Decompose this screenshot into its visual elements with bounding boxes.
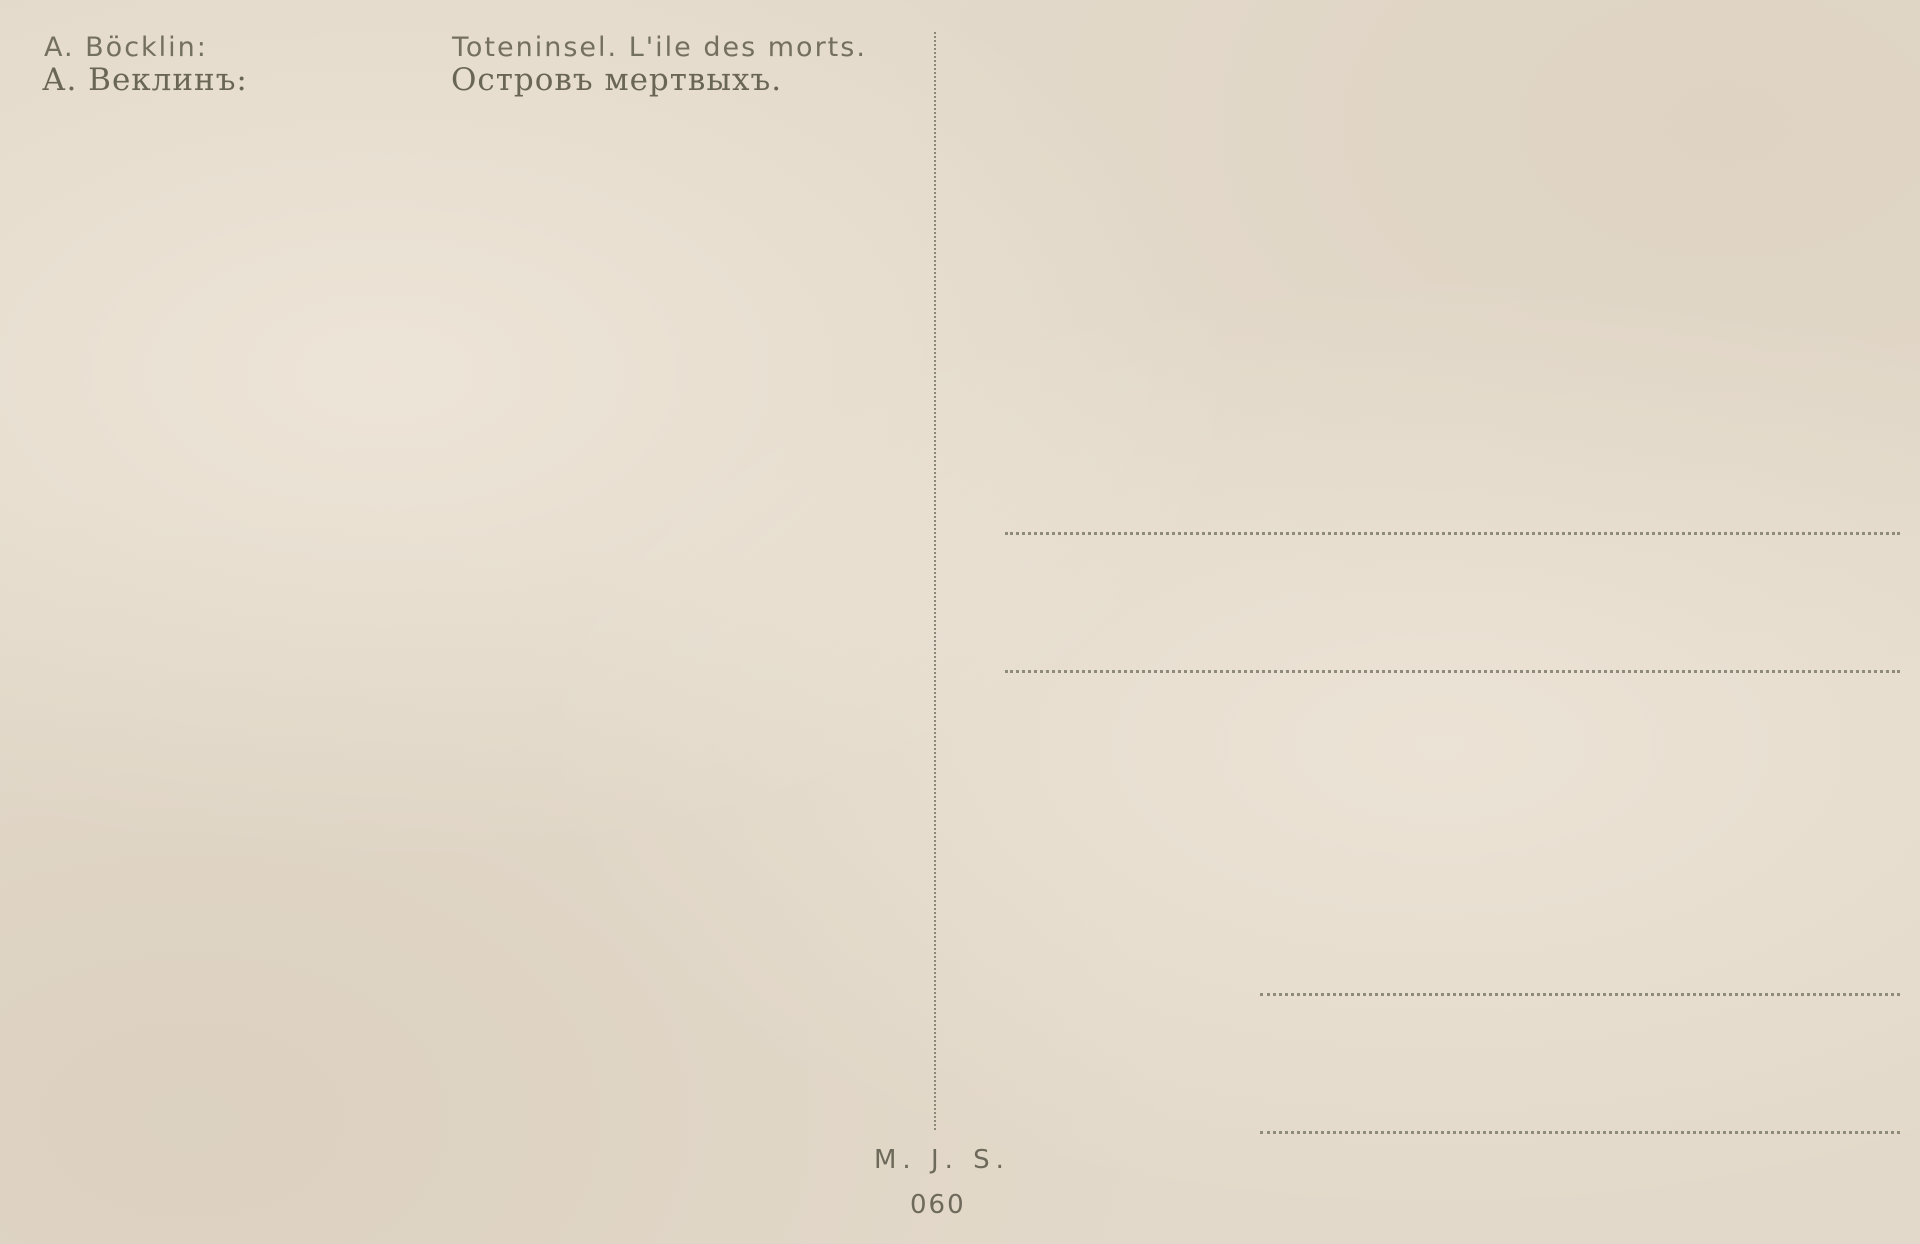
artwork-title-latin: Toteninsel. L'ile des morts. (452, 32, 867, 63)
address-line-4 (1260, 1131, 1900, 1134)
address-line-1 (1005, 532, 1900, 535)
artwork-title-cyrillic: Островъ мертвыхъ. (451, 62, 782, 98)
message-address-divider (934, 32, 936, 1130)
address-line-2 (1005, 670, 1900, 673)
artist-name-latin: A. Böcklin: (44, 32, 208, 63)
postcard-back: A. Böcklin: А. Веклинъ: Toteninsel. L'il… (0, 0, 1920, 1244)
serial-number: 060 (910, 1190, 966, 1220)
artist-name-cyrillic: А. Веклинъ: (42, 62, 248, 98)
address-line-3 (1260, 993, 1900, 996)
publisher-mark: M. J. S. (874, 1145, 1010, 1175)
